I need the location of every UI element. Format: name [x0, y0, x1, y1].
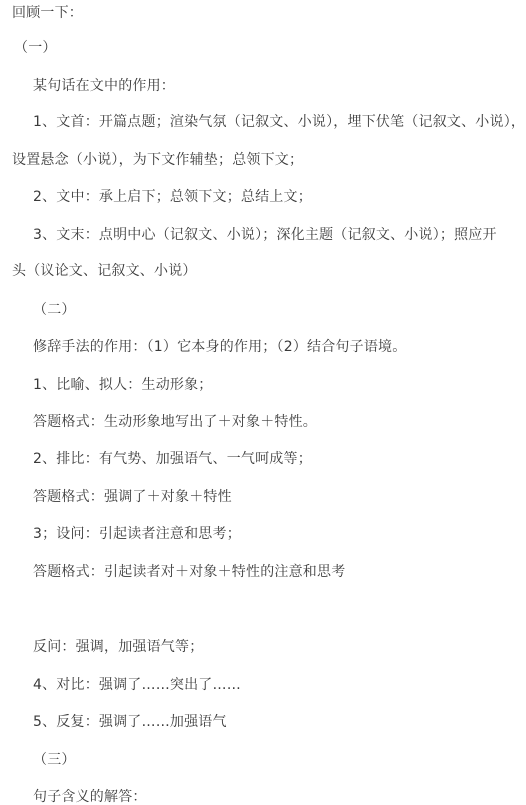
section-3-heading: （三）: [33, 750, 76, 770]
section-2-item-3-format: 答题格式：引起读者对＋对象＋特性的注意和思考: [33, 562, 345, 582]
section-2-item-5: 5、反复：强调了……加强语气: [33, 712, 227, 732]
section-2-heading: （二）: [33, 300, 76, 320]
section-1-item-1-continued: 设置悬念（小说），为下文作辅垫；总领下文；: [12, 150, 303, 170]
section-2-rhetorical-question: 反问：强调，加强语气等；: [33, 637, 203, 657]
section-2-intro: 修辞手法的作用：（1）它本身的作用；（2）结合句子语境。: [33, 337, 406, 357]
section-1-item-2: 2、文中：承上启下；总领下文；总结上文；: [33, 187, 312, 207]
section-1-item-3-continued: 头（议论文、记叙文、小说）: [12, 261, 197, 281]
section-2-item-1: 1、比喻、拟人：生动形象；: [33, 375, 213, 395]
section-2-item-4: 4、对比：强调了……突出了……: [33, 675, 241, 695]
section-2-item-3: 3；设问：引起读者注意和思考；: [33, 524, 241, 544]
section-1-intro: 某句话在文中的作用：: [33, 76, 175, 96]
section-1-item-1: 1、文首：开篇点题；渲染气氛（记叙文、小说），埋下伏笔（记叙文、小说），: [33, 112, 525, 132]
section-1-item-3: 3、文末：点明中心（记叙文、小说）；深化主题（记叙文、小说）；照应开: [33, 225, 497, 245]
section-2-item-2-format: 答题格式：强调了＋对象＋特性: [33, 487, 232, 507]
section-2-item-1-format: 答题格式：生动形象地写出了＋对象＋特性。: [33, 412, 317, 432]
review-title: 回顾一下：: [12, 3, 83, 23]
section-3-intro: 句子含义的解答：: [33, 787, 147, 805]
section-1-heading: （一）: [14, 38, 57, 58]
document-body: 回顾一下： （一） 某句话在文中的作用： 1、文首：开篇点题；渲染气氛（记叙文、…: [0, 0, 526, 805]
section-2-item-2: 2、排比：有气势、加强语气、一气呵成等；: [33, 449, 312, 469]
